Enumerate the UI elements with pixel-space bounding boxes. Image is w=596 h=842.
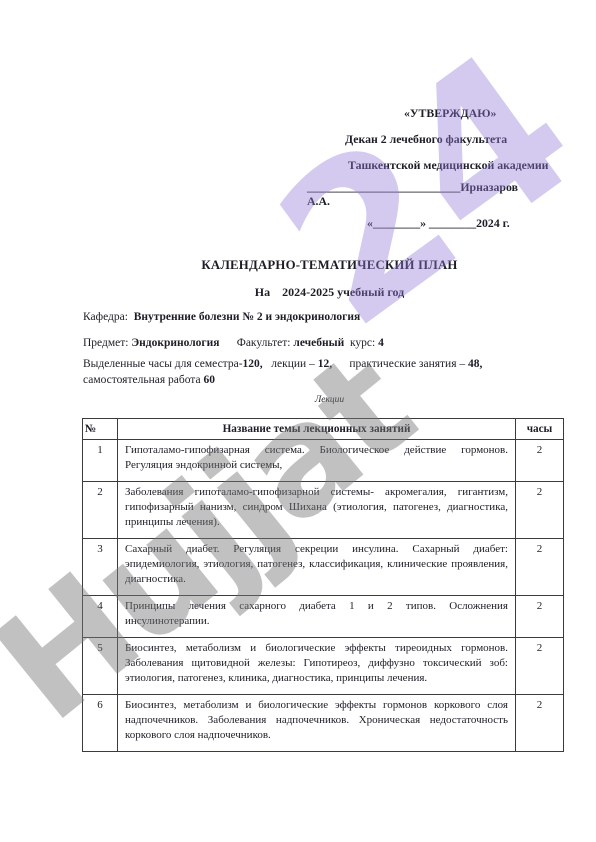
cell-num: 6: [83, 695, 118, 752]
text-part: лекции –: [263, 358, 318, 370]
approval-line-dean: Декан 2 лечебного факультета: [345, 132, 507, 147]
text-part: Эндокринология: [131, 337, 219, 349]
table-row: 5Биосинтез, метаболизм и биологические э…: [83, 638, 564, 695]
subject-line: Предмет: Эндокринология Факультет: лечеб…: [83, 336, 384, 352]
text-part: 120,: [243, 358, 263, 370]
cell-title: Биосинтез, метаболизм и биологические эф…: [118, 695, 516, 752]
table-row: 1Гипоталамо-гипофизарная система. Биолог…: [83, 440, 564, 482]
cell-hours: 2: [516, 596, 564, 638]
lectures-caption: Лекции: [63, 395, 596, 405]
cell-hours: 2: [516, 638, 564, 695]
header-cell-num: №: [83, 419, 118, 440]
text-part: лечебный: [293, 337, 344, 349]
approval-line-initials: А.А.: [307, 194, 330, 209]
lectures-table-body: 1Гипоталамо-гипофизарная система. Биолог…: [83, 440, 564, 752]
cell-num: 1: [83, 440, 118, 482]
text-part: 60: [203, 374, 215, 386]
hours-line: Выделенные часы для семестра-120, лекции…: [83, 357, 561, 388]
table-row: 6Биосинтез, метаболизм и биологические э…: [83, 695, 564, 752]
text-part: 48,: [468, 358, 482, 370]
cell-hours: 2: [516, 539, 564, 596]
cell-num: 5: [83, 638, 118, 695]
text-part: курс:: [344, 337, 378, 349]
cell-title: Заболевания гипоталамо-гипофизарной сист…: [118, 482, 516, 539]
cell-num: 2: [83, 482, 118, 539]
cell-title: Сахарный диабет. Регуляция секреции инсу…: [118, 539, 516, 596]
lectures-table-header: № Название темы лекционных занятий часы: [83, 419, 564, 440]
header-row: № Название темы лекционных занятий часы: [83, 419, 564, 440]
table-row: 3Сахарный диабет. Регуляция секреции инс…: [83, 539, 564, 596]
text-part: 12,: [318, 358, 332, 370]
cell-title: Гипоталамо-гипофизарная система. Биологи…: [118, 440, 516, 482]
header-cell-title: Название темы лекционных занятий: [118, 419, 516, 440]
cell-hours: 2: [516, 440, 564, 482]
text-part: самостоятельная работа: [83, 374, 203, 386]
cell-title: Биосинтез, метаболизм и биологические эф…: [118, 638, 516, 695]
table-row: 2Заболевания гипоталамо-гипофизарной сис…: [83, 482, 564, 539]
page-subtitle: На 2024-2025 учебный год: [63, 285, 596, 300]
approval-line-academy: Ташкентской медицинской академии: [348, 158, 548, 173]
approval-line-approve: «УТВЕРЖДАЮ»: [404, 106, 496, 121]
document-page: Hujjat 24 «УТВЕРЖДАЮ» Декан 2 лечебного …: [0, 0, 596, 842]
text-part: Внутренние болезни № 2 и эндокринология: [134, 311, 361, 323]
text-part: Кафедра:: [83, 311, 134, 323]
approval-line-date: «________» ________2024 г.: [367, 216, 510, 231]
cell-num: 3: [83, 539, 118, 596]
text-part: Факультет:: [219, 337, 293, 349]
cell-hours: 2: [516, 482, 564, 539]
text-part: Выделенные часы для семестра-: [83, 358, 243, 370]
lectures-table: № Название темы лекционных занятий часы …: [82, 418, 564, 752]
cell-hours: 2: [516, 695, 564, 752]
cell-title: Принципы лечения сахарного диабета 1 и 2…: [118, 596, 516, 638]
text-part: практические занятия –: [332, 358, 468, 370]
page-title: КАЛЕНДАРНО-ТЕМАТИЧЕСКИЙ ПЛАН: [63, 258, 596, 273]
text-part: 4: [378, 337, 384, 349]
table-row: 4Принципы лечения сахарного диабета 1 и …: [83, 596, 564, 638]
cell-num: 4: [83, 596, 118, 638]
department-line: Кафедра: Внутренние болезни № 2 и эндокр…: [83, 310, 360, 326]
approval-line-signature: __________________________Ирназаров: [307, 180, 518, 195]
text-part: Предмет:: [83, 337, 131, 349]
header-cell-hours: часы: [516, 419, 564, 440]
